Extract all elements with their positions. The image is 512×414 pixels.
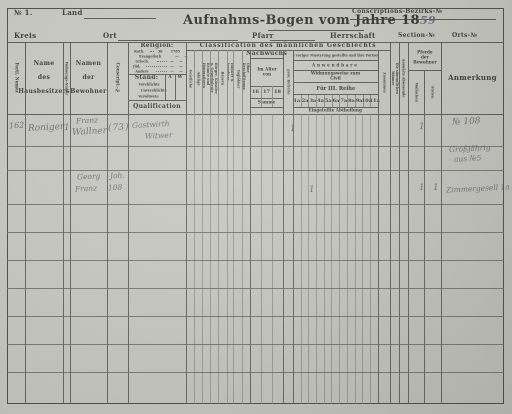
body-column-line-6 bbox=[194, 114, 195, 404]
body-column-line-29 bbox=[390, 114, 391, 404]
body-column-line-19 bbox=[308, 114, 309, 404]
body-column-line-20 bbox=[316, 114, 317, 404]
entry3-horse-mark-2: 1 bbox=[433, 183, 439, 193]
entry3-inhabitant-last-name: Franz bbox=[75, 183, 97, 193]
body-column-line-17 bbox=[293, 114, 294, 404]
body-row-line-3 bbox=[7, 232, 504, 233]
body-column-line-8 bbox=[210, 114, 211, 404]
header-rule-v-21 bbox=[390, 42, 391, 114]
body-row-line-7 bbox=[7, 344, 504, 345]
body-column-line-14 bbox=[261, 114, 262, 404]
entry3-classification-mark: 1 bbox=[309, 185, 315, 195]
body-column-line-9 bbox=[218, 114, 219, 404]
body-column-line-7 bbox=[202, 114, 203, 404]
header-rule-v-15 bbox=[250, 50, 251, 114]
header-rule-h-7 bbox=[250, 98, 283, 99]
entry1-horse-mark: 1 bbox=[419, 122, 425, 132]
header-rule-v-16 bbox=[261, 86, 262, 107]
header-rule-v-0 bbox=[25, 42, 26, 114]
header-rule-h-12 bbox=[293, 94, 378, 95]
body-column-line-33 bbox=[441, 114, 442, 404]
body-row-line-4 bbox=[7, 260, 504, 261]
body-column-line-10 bbox=[227, 114, 228, 404]
header-rule-h-11 bbox=[293, 82, 378, 83]
header-rule-v-14 bbox=[242, 50, 243, 114]
header-rule-v-23 bbox=[408, 42, 409, 114]
body-column-line-18 bbox=[301, 114, 302, 404]
header-rule-h-5 bbox=[250, 58, 283, 59]
entry1-post-number: 162 bbox=[9, 121, 25, 131]
body-column-line-22 bbox=[331, 114, 332, 404]
header-rule-v-5 bbox=[186, 42, 187, 114]
header-rule-h-9 bbox=[293, 60, 378, 61]
header-rule-v-6 bbox=[165, 74, 166, 100]
body-column-line-13 bbox=[250, 114, 251, 404]
body-column-line-23 bbox=[339, 114, 340, 404]
body-column-line-30 bbox=[399, 114, 400, 404]
header-rule-v-25 bbox=[441, 42, 442, 114]
entry3-conscription-line1: Joh. bbox=[110, 171, 125, 181]
entry2-anmerkung-line2: aus №5 bbox=[454, 153, 482, 163]
entry1-qualification-line2: Witwer bbox=[145, 130, 173, 140]
body-column-line-25 bbox=[355, 114, 356, 404]
header-rule-v-2 bbox=[70, 42, 71, 114]
body-column-line-24 bbox=[347, 114, 348, 404]
body-row-line-5 bbox=[7, 288, 504, 289]
header-rule-v-20 bbox=[378, 50, 379, 114]
body-column-line-3 bbox=[107, 114, 108, 404]
entry3-horse-mark-1: 1 bbox=[419, 183, 425, 193]
header-rule-v-18 bbox=[283, 50, 284, 114]
entry1-conscription-number: 73 bbox=[108, 122, 129, 133]
body-column-line-27 bbox=[370, 114, 371, 404]
entry1-owner-name: Roniger bbox=[28, 122, 65, 134]
body-column-line-15 bbox=[272, 114, 273, 404]
header-rule-v-22 bbox=[399, 42, 400, 114]
entry1-partei-number: 1 bbox=[64, 123, 70, 133]
header-rule-h-6 bbox=[250, 86, 283, 87]
header-rule-v-9 bbox=[202, 50, 203, 114]
body-column-line-5 bbox=[186, 114, 187, 404]
body-column-line-4 bbox=[128, 114, 129, 404]
header-rule-v-17 bbox=[272, 86, 273, 107]
body-row-line-6 bbox=[7, 316, 504, 317]
header-rule-h-4 bbox=[186, 50, 390, 51]
header-rule-h-0 bbox=[7, 42, 504, 43]
header-rule-h-1 bbox=[7, 114, 504, 115]
header-rule-v-1 bbox=[63, 42, 64, 114]
body-column-line-28 bbox=[378, 114, 379, 404]
header-rule-h-13 bbox=[293, 107, 378, 108]
header-rule-v-13 bbox=[233, 50, 234, 114]
header-rule-h-3 bbox=[128, 100, 186, 101]
header-rule-v-3 bbox=[107, 42, 108, 114]
entry1-inhabitant-first-name: Franz bbox=[76, 115, 98, 125]
table-grid bbox=[0, 0, 512, 414]
header-rule-h-10 bbox=[293, 70, 378, 71]
body-column-line-26 bbox=[362, 114, 363, 404]
entry3-conscription-line2: 108 bbox=[108, 183, 123, 193]
entry1-inhabitant-last-name: Wallner bbox=[72, 126, 107, 138]
body-column-line-0 bbox=[25, 114, 26, 404]
header-rule-v-24 bbox=[424, 70, 425, 114]
body-row-line-1 bbox=[7, 170, 504, 171]
header-rule-v-11 bbox=[218, 50, 219, 114]
body-column-line-1 bbox=[63, 114, 64, 404]
body-column-line-21 bbox=[324, 114, 325, 404]
header-rule-v-7 bbox=[175, 74, 176, 100]
census-form-sheet: № 1. Land Conscriptions-Bezirks-№ Aufnah… bbox=[0, 0, 512, 414]
header-rule-h-8 bbox=[250, 107, 283, 108]
entry1-anmerkung: № 108 bbox=[452, 116, 481, 127]
body-row-line-2 bbox=[7, 204, 504, 205]
header-rule-v-8 bbox=[194, 50, 195, 114]
header-rule-v-4 bbox=[128, 42, 129, 114]
body-column-line-11 bbox=[233, 114, 234, 404]
body-column-line-16 bbox=[283, 114, 284, 404]
body-column-line-12 bbox=[242, 114, 243, 404]
body-row-line-0 bbox=[7, 146, 504, 147]
entry3-inhabitant-first-name: Georg bbox=[77, 171, 101, 181]
body-row-line-8 bbox=[7, 372, 504, 373]
body-column-line-32 bbox=[424, 114, 425, 404]
header-rule-v-12 bbox=[227, 50, 228, 114]
body-column-line-31 bbox=[408, 114, 409, 404]
header-rule-v-19 bbox=[293, 50, 294, 114]
body-column-line-2 bbox=[70, 114, 71, 404]
header-rule-h-2 bbox=[128, 74, 186, 75]
entry1-classification-mark: 1 bbox=[290, 124, 296, 134]
header-rule-v-10 bbox=[210, 50, 211, 114]
